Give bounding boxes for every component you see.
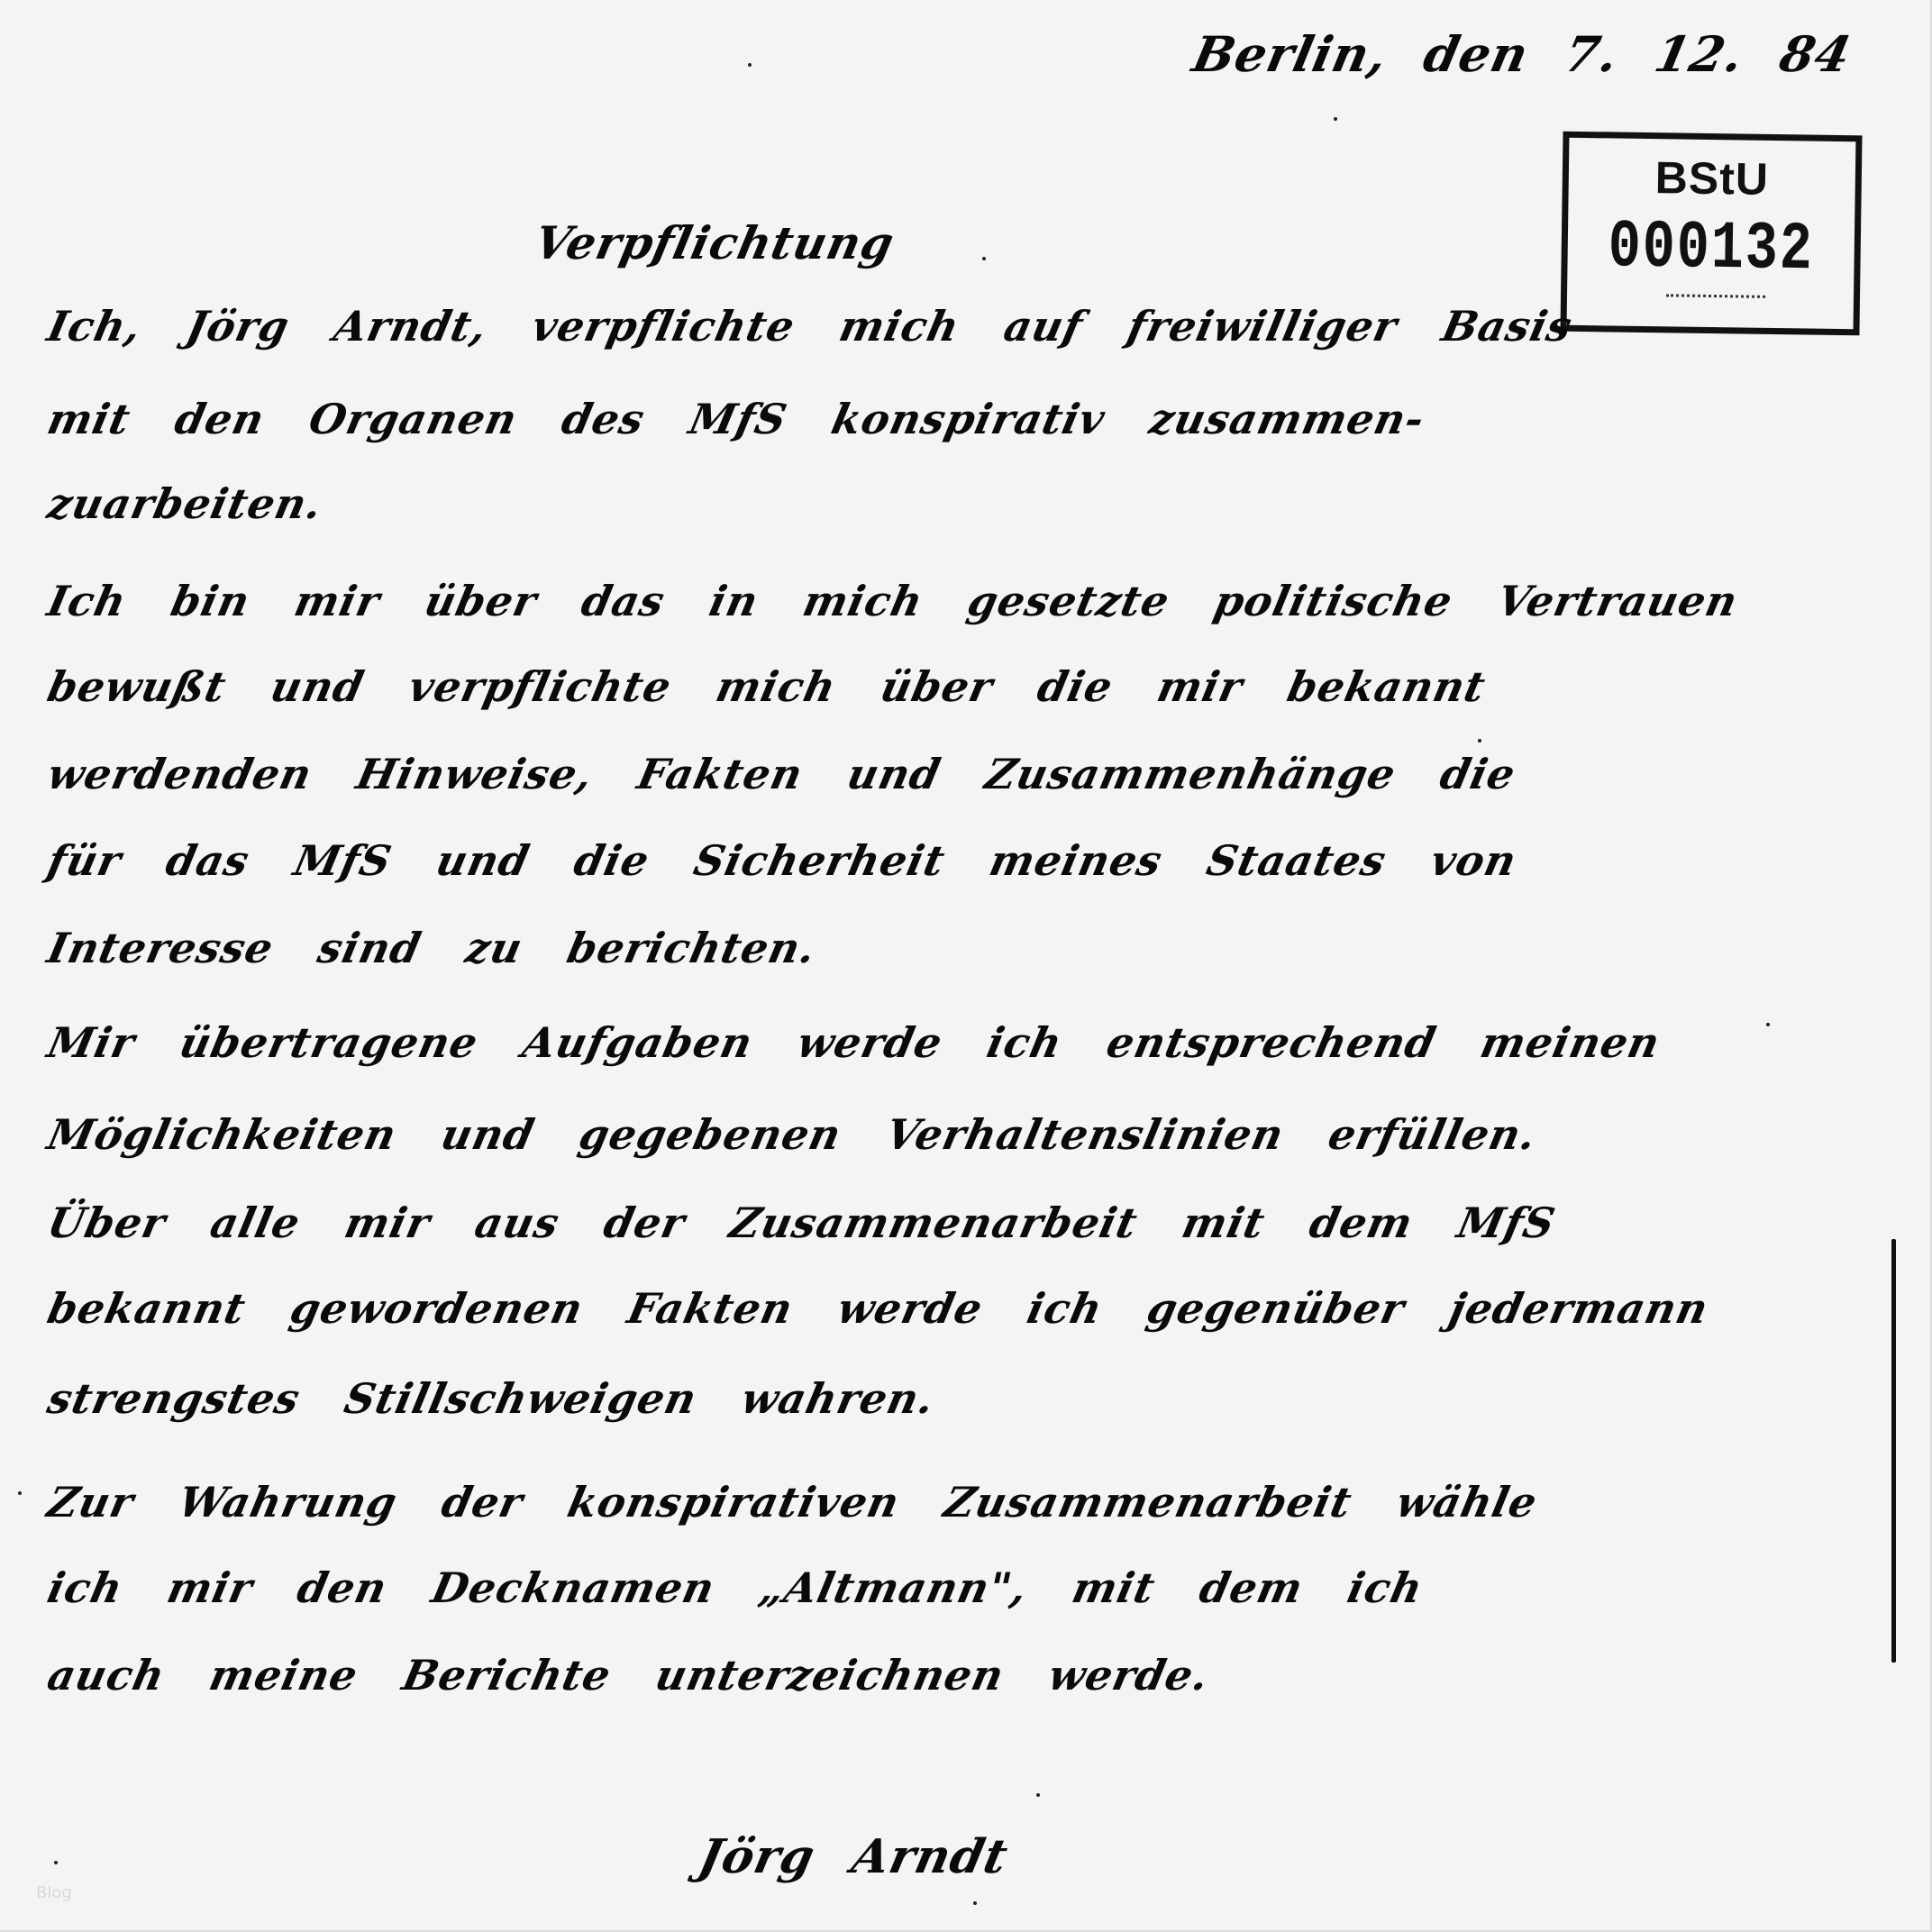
body-line: für das MfS und die Sicherheit meines St… [43,836,1521,885]
body-line: mit den Organen des MfS konspirativ zusa… [43,395,1429,443]
scan-speck [1478,739,1481,743]
margin-marker-line [1891,1239,1896,1663]
scan-speck [54,1861,58,1864]
body-line: Über alle mir aus der Zusammenarbeit mit… [43,1198,1560,1247]
body-line: Interesse sind zu berichten. [43,924,821,972]
document-page: Berlin, den 7. 12. 84 BStU 000132 Verpfl… [0,0,1932,1932]
document-title: Verpflichtung [530,216,899,269]
scan-speck [982,257,986,260]
body-line: werdenden Hinweise, Fakten und Zusammenh… [43,750,1520,798]
stamp-faint-mark [1666,294,1765,305]
stamp-page-number: 000132 [1567,209,1855,289]
body-line: Ich, Jörg Arndt, verpflichte mich auf fr… [43,302,1577,351]
watermark: Blog [36,1883,72,1902]
archive-stamp: BStU 000132 [1560,132,1862,336]
signature: Jörg Arndt [694,1829,1013,1884]
body-line: zuarbeiten. [43,479,327,528]
place-date: Berlin, den 7. 12. 84 [1188,25,1856,83]
scan-speck [1766,1023,1770,1026]
body-line: bekannt gewordenen Fakten werde ich gege… [43,1284,1713,1333]
scan-speck [18,1491,22,1495]
scan-speck [1036,1793,1040,1797]
body-line: Zur Wahrung der konspirativen Zusammenar… [43,1478,1542,1526]
scan-speck [1334,117,1337,121]
scan-speck [973,1901,977,1905]
body-line: ich mir den Decknamen „Altmann", mit dem… [43,1563,1427,1612]
body-line: auch meine Berichte unterzeichnen werde. [43,1651,1214,1700]
body-line: strengstes Stillschweigen wahren. [43,1374,939,1423]
stamp-organization: BStU [1568,150,1855,206]
body-line: Möglichkeiten und gegebenen Verhaltensli… [43,1110,1541,1159]
body-line: Ich bin mir über das in mich gesetzte po… [43,577,1743,625]
body-line: bewußt und verpflichte mich über die mir… [43,662,1490,711]
body-line: Mir übertragene Aufgaben werde ich entsp… [43,1018,1664,1067]
scan-speck [748,63,752,67]
